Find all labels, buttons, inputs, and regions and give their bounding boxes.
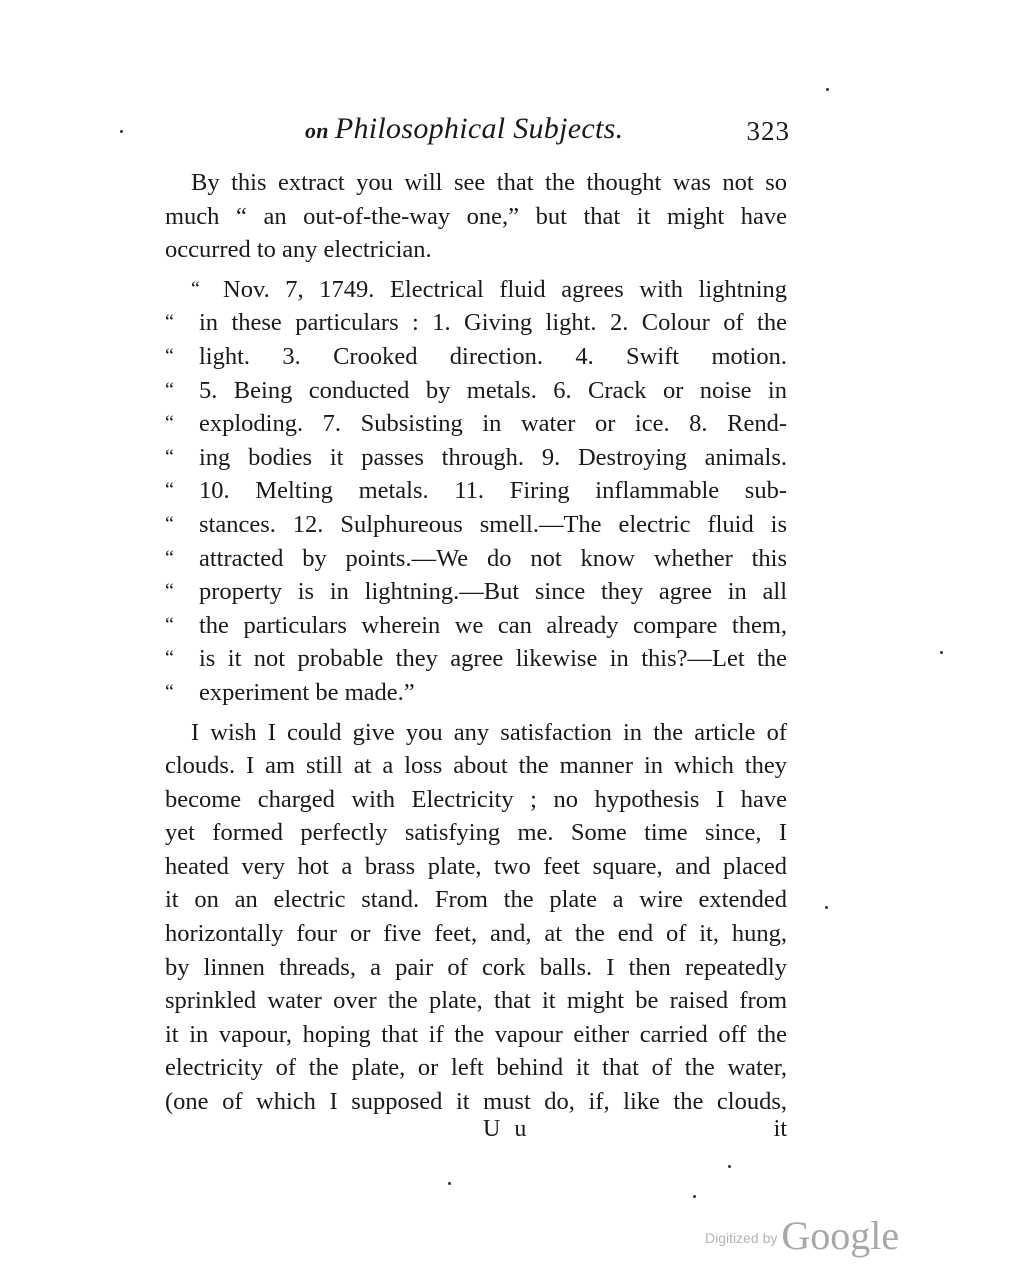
book-page: onPhilosophical Subjects. 323 By this ex… [0,0,1014,1282]
scan-speck [120,130,123,133]
quote-mark: “ [165,575,174,609]
quote-line: “is it not probable they agree likewise … [165,642,787,676]
text-line: by linnen threads, a pair of cork balls.… [165,951,787,985]
quote-line: “stances. 12. Sulphureous smell.—The ele… [165,508,787,542]
quote-line-text: Nov. 7, 1749. Electrical fluid agrees wi… [199,276,787,303]
page-number: 323 [747,116,791,147]
quote-mark: “ [165,542,174,576]
quote-line-text: is it not probable they agree likewise i… [199,645,787,672]
quote-line: “in these particulars : 1. Giving light.… [165,306,787,340]
digitized-watermark: Digitized byGoogle [705,1212,899,1259]
text-line: (one of which I supposed it must do, if,… [165,1085,787,1119]
quote-line: “the particulars wherein we can already … [165,609,787,643]
catchword: it [774,1116,787,1143]
running-title-text: Philosophical Subjects. [335,112,624,145]
text-line: occurred to any electrician. [165,233,787,267]
quote-mark: “ [165,441,174,475]
quote-mark: “ [165,474,174,508]
quote-mark: “ [165,508,174,542]
quote-mark: “ [165,407,174,441]
text-line: electricity of the plate, or left behind… [165,1051,787,1085]
scan-speck [825,906,828,909]
quote-mark: “ [165,676,174,710]
scan-speck [940,651,943,654]
quote-line-text: attracted by points.—We do not know whet… [199,545,787,572]
quote-mark: “ [165,340,174,374]
page-header: onPhilosophical Subjects. 323 [165,112,790,152]
scan-speck [448,1182,451,1185]
quote-line: “ing bodies it passes through. 9. Destro… [165,441,787,475]
text-line: horizontally four or five feet, and, at … [165,917,787,951]
quote-line: “experiment be made.” [165,676,787,710]
quote-line-text: property is in lightning.—But since they… [199,578,787,605]
quote-line: “5. Being conducted by metals. 6. Crack … [165,374,787,408]
quote-line: “10. Melting metals. 11. Firing inflamma… [165,474,787,508]
paragraph-1: By this extract you will see that the th… [165,166,787,267]
quote-line-text: light. 3. Crooked direction. 4. Swift mo… [199,343,787,370]
quote-line: “property is in lightning.—But since the… [165,575,787,609]
text-line: yet formed perfectly satisfying me. Some… [165,816,787,850]
text-line: sprinkled water over the plate, that it … [165,984,787,1018]
quote-mark: “ [165,306,174,340]
text-line: By this extract you will see that the th… [165,166,787,200]
watermark-brand: Google [781,1213,899,1258]
text-line: it in vapour, hoping that if the vapour … [165,1018,787,1052]
quote-line: “light. 3. Crooked direction. 4. Swift m… [165,340,787,374]
text-line: I wish I could give you any satisfaction… [165,716,787,750]
text-line: heated very hot a brass plate, two feet … [165,850,787,884]
quote-line-text: exploding. 7. Subsisting in water or ice… [199,410,787,437]
paragraph-3: I wish I could give you any satisfaction… [165,716,787,1119]
running-title: onPhilosophical Subjects. [305,112,623,146]
page-footer: U u it [165,1116,787,1152]
quotation-block: “Nov. 7, 1749. Electrical fluid agrees w… [165,273,787,710]
scan-speck [728,1165,731,1168]
quote-line-text: 5. Being conducted by metals. 6. Crack o… [199,377,787,404]
quote-line-text: stances. 12. Sulphureous smell.—The elec… [199,511,787,538]
text-line: much “ an out-of-the-way one,” but that … [165,200,787,234]
quote-mark: “ [165,642,174,676]
signature-mark: U u [483,1116,530,1143]
text-line: clouds. I am still at a loss about the m… [165,749,787,783]
quote-line-text: experiment be made.” [199,679,415,706]
text-line: become charged with Electricity ; no hyp… [165,783,787,817]
watermark-prefix: Digitized by [705,1230,777,1246]
quote-line-text: in these particulars : 1. Giving light. … [199,309,787,336]
quote-mark: “ [191,273,200,307]
scan-speck [693,1195,696,1198]
scan-speck [826,88,829,91]
quote-line-text: the particulars wherein we can already c… [199,612,787,639]
quote-mark: “ [165,609,174,643]
quote-mark: “ [165,374,174,408]
quote-line-text: ing bodies it passes through. 9. Destroy… [199,444,787,471]
quote-line: “exploding. 7. Subsisting in water or ic… [165,407,787,441]
body-text: By this extract you will see that the th… [165,166,787,1119]
running-title-prefix: on [305,118,329,143]
quote-line-text: 10. Melting metals. 11. Firing inflammab… [199,477,787,504]
quote-line: “attracted by points.—We do not know whe… [165,542,787,576]
quote-line: “Nov. 7, 1749. Electrical fluid agrees w… [165,273,787,307]
text-line: it on an electric stand. From the plate … [165,883,787,917]
